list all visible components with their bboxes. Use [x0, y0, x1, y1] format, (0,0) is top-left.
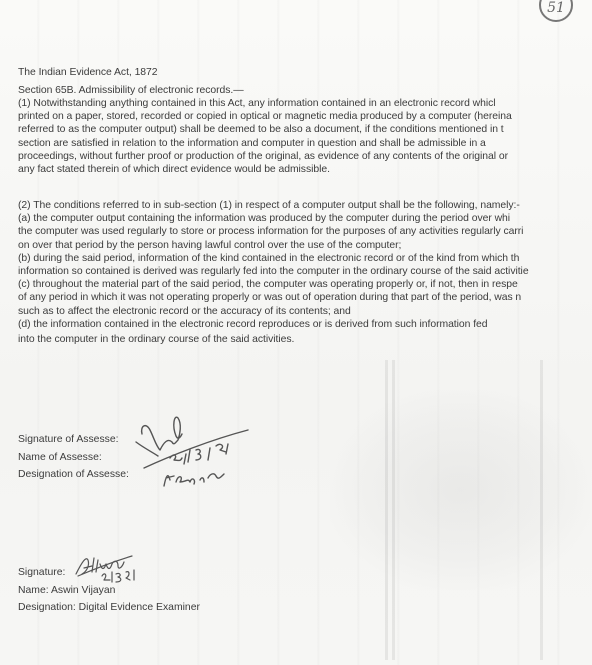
paragraph-line: on over that period by the person having…	[18, 239, 529, 252]
paragraph-line: (c) throughout the material part of the …	[18, 278, 529, 291]
assessee-designation-label: Designation of Assesse:	[18, 466, 129, 484]
paragraph-line: the computer was used regularly to store…	[18, 225, 529, 238]
paragraph-line: information so contained is derived was …	[18, 265, 529, 278]
scan-streak	[540, 360, 543, 660]
examiner-name-value: Aswin Vijayan	[51, 585, 116, 596]
examiner-designation-row: Designation: Digital Evidence Examiner	[18, 599, 200, 617]
paragraph-line: section are satisfied in relation to the…	[18, 137, 512, 150]
assessee-handwritten-signature	[130, 412, 260, 497]
examiner-signature-label: Signature:	[18, 567, 65, 578]
paragraph-line: any fact stated therein of which direct …	[18, 163, 512, 176]
assessee-signature-block: Signature of Assesse: Name of Assesse: D…	[18, 431, 129, 484]
assessee-name-label: Name of Assesse:	[18, 449, 129, 467]
paragraph-line: (b) during the said period, information …	[18, 252, 529, 265]
paragraph-line: (2) The conditions referred to in sub-se…	[18, 199, 529, 212]
paragraph-line: printed on a paper, stored, recorded or …	[18, 110, 512, 123]
paragraph-line: of any period in which it was not operat…	[18, 291, 529, 304]
paragraph-line: proceedings, without further proof or pr…	[18, 150, 512, 163]
page-number-stamp: 51	[539, 0, 573, 22]
paragraph-2: (2) The conditions referred to in sub-se…	[18, 199, 529, 346]
examiner-name-row: Name: Aswin Vijayan	[18, 582, 200, 600]
examiner-designation-label: Designation:	[18, 602, 76, 613]
assessee-signature-label: Signature of Assesse:	[18, 431, 129, 449]
paragraph-1: (1) Notwithstanding anything contained i…	[18, 97, 512, 176]
scan-smudge	[330, 390, 590, 590]
paragraph-line: into the computer in the ordinary course…	[18, 333, 529, 346]
examiner-designation-value: Digital Evidence Examiner	[79, 602, 200, 613]
section-title: Section 65B. Admissibility of electronic…	[18, 84, 244, 97]
examiner-name-label: Name:	[18, 585, 49, 596]
paragraph-line: (d) the information contained in the ele…	[18, 318, 529, 331]
paragraph-line: such as to affect the electronic record …	[18, 305, 529, 318]
scan-streak	[392, 360, 395, 660]
act-title: The Indian Evidence Act, 1872	[18, 66, 158, 79]
examiner-handwritten-signature	[72, 552, 142, 584]
paragraph-line: (a) the computer output containing the i…	[18, 212, 529, 225]
paragraph-line: referred to as the computer output) shal…	[18, 123, 512, 136]
scanned-page: 51 The Indian Evidence Act, 1872 Section…	[0, 0, 592, 665]
scan-streak	[385, 360, 388, 660]
paragraph-line: (1) Notwithstanding anything contained i…	[18, 97, 512, 110]
